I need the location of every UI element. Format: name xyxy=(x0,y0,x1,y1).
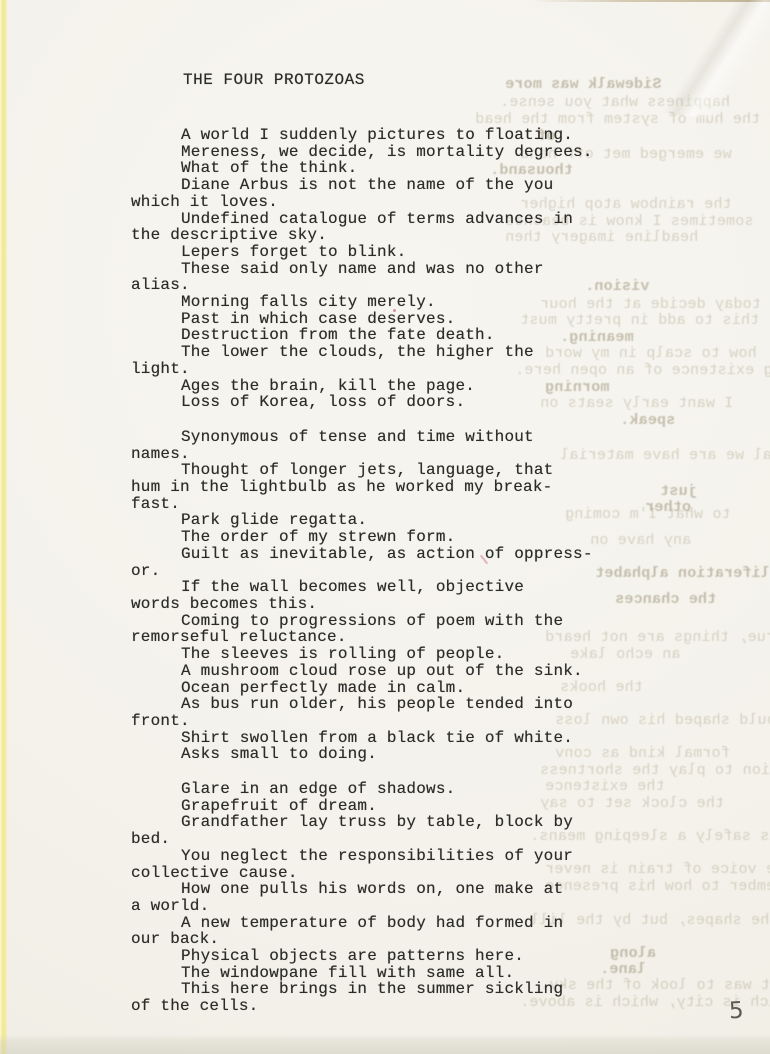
poem-line: You neglect the responsibilities of your xyxy=(131,848,671,865)
poem-line: Destruction from the fate death. xyxy=(131,327,671,344)
poem-line: alias. xyxy=(131,277,671,294)
corner-crease xyxy=(620,0,770,132)
poem-line: Guilt as inevitable, as action of oppres… xyxy=(131,546,671,563)
poem-line: The sleeves is rolling of people. xyxy=(131,646,671,663)
poem-line: Thought of longer jets, language, that xyxy=(131,462,671,479)
scanned-page: Sidewalk was morehappiness what you sens… xyxy=(0,0,770,1054)
poem-line: As bus run older, his people tended into xyxy=(131,696,671,713)
poem-line: The windowpane fill with same all. xyxy=(131,965,671,982)
poem-line: Lepers forget to blink. xyxy=(131,244,671,261)
poem-line: A world I suddenly pictures to floating. xyxy=(131,127,671,144)
poem-line: Ages the brain, kill the page. xyxy=(131,378,671,395)
poem-line: Glare in an edge of shadows. xyxy=(131,781,671,798)
stanza: Synonymous of tense and time withoutname… xyxy=(131,429,671,763)
poem-line: Loss of Korea, loss of doors. xyxy=(131,394,671,411)
poem-line: Shirt swollen from a black tie of white. xyxy=(131,730,671,747)
poem-line: This here brings in the summer sickling xyxy=(131,981,671,998)
poem-line: Coming to progressions of poem with the xyxy=(131,613,671,630)
poem-line: Physical objects are patterns here. xyxy=(131,948,671,965)
poem-line: A mushroom cloud rose up out of the sink… xyxy=(131,663,671,680)
poem-line: A new temperature of body had formed in xyxy=(131,915,671,932)
poem-line: a world. xyxy=(131,898,671,915)
poem-line: of the cells. xyxy=(131,998,671,1015)
poem-line: How one pulls his words on, one make at xyxy=(131,881,671,898)
poem-line: Grapefruit of dream. xyxy=(131,798,671,815)
poem-line: fast. xyxy=(131,496,671,513)
poem-line: Ocean perfectly made in calm. xyxy=(131,680,671,697)
poem-line: remorseful reluctance. xyxy=(131,629,671,646)
poem-body: A world I suddenly pictures to floating.… xyxy=(131,127,671,1033)
poem-line: hum in the lightbulb as he worked my bre… xyxy=(131,479,671,496)
poem-line: front. xyxy=(131,713,671,730)
poem-line: Asks small to doing. xyxy=(131,746,671,763)
poem-line: Synonymous of tense and time without xyxy=(131,429,671,446)
page-bottom-edge xyxy=(0,1034,770,1054)
poem-line: names. xyxy=(131,446,671,463)
poem-line: Diane Arbus is not the name of the you xyxy=(131,177,671,194)
poem-line: collective cause. xyxy=(131,865,671,882)
poem-line: the descriptive sky. xyxy=(131,227,671,244)
poem-line: or. xyxy=(131,563,671,580)
poem-line: Morning falls city merely. xyxy=(131,294,671,311)
poem-line: These said only name and was no other xyxy=(131,261,671,278)
poem-line: Past in which case deserves. xyxy=(131,311,671,328)
poem-line: which it loves. xyxy=(131,194,671,211)
poem-line: our back. xyxy=(131,931,671,948)
poem-line: The lower the clouds, the higher the xyxy=(131,344,671,361)
page-number: 5 xyxy=(728,998,744,1025)
stanza: A world I suddenly pictures to floating.… xyxy=(131,127,671,411)
poem-line: Park glide regatta. xyxy=(131,512,671,529)
poem-line: bed. xyxy=(131,831,671,848)
page-left-edge xyxy=(0,0,9,1054)
poem-line: Mereness, we decide, is mortality degree… xyxy=(131,144,671,161)
poem-line: Grandfather lay truss by table, block by xyxy=(131,814,671,831)
poem-line: light. xyxy=(131,361,671,378)
poem-line: If the wall becomes well, objective xyxy=(131,579,671,596)
poem-line: The order of my strewn form. xyxy=(131,529,671,546)
poem-title: THE FOUR PROTOZOAS xyxy=(183,71,365,89)
poem-line: words becomes this. xyxy=(131,596,671,613)
poem-line: Undefined catalogue of terms advances in xyxy=(131,211,671,228)
stanza: Glare in an edge of shadows.Grapefruit o… xyxy=(131,781,671,1015)
poem-line: What of the think. xyxy=(131,160,671,177)
